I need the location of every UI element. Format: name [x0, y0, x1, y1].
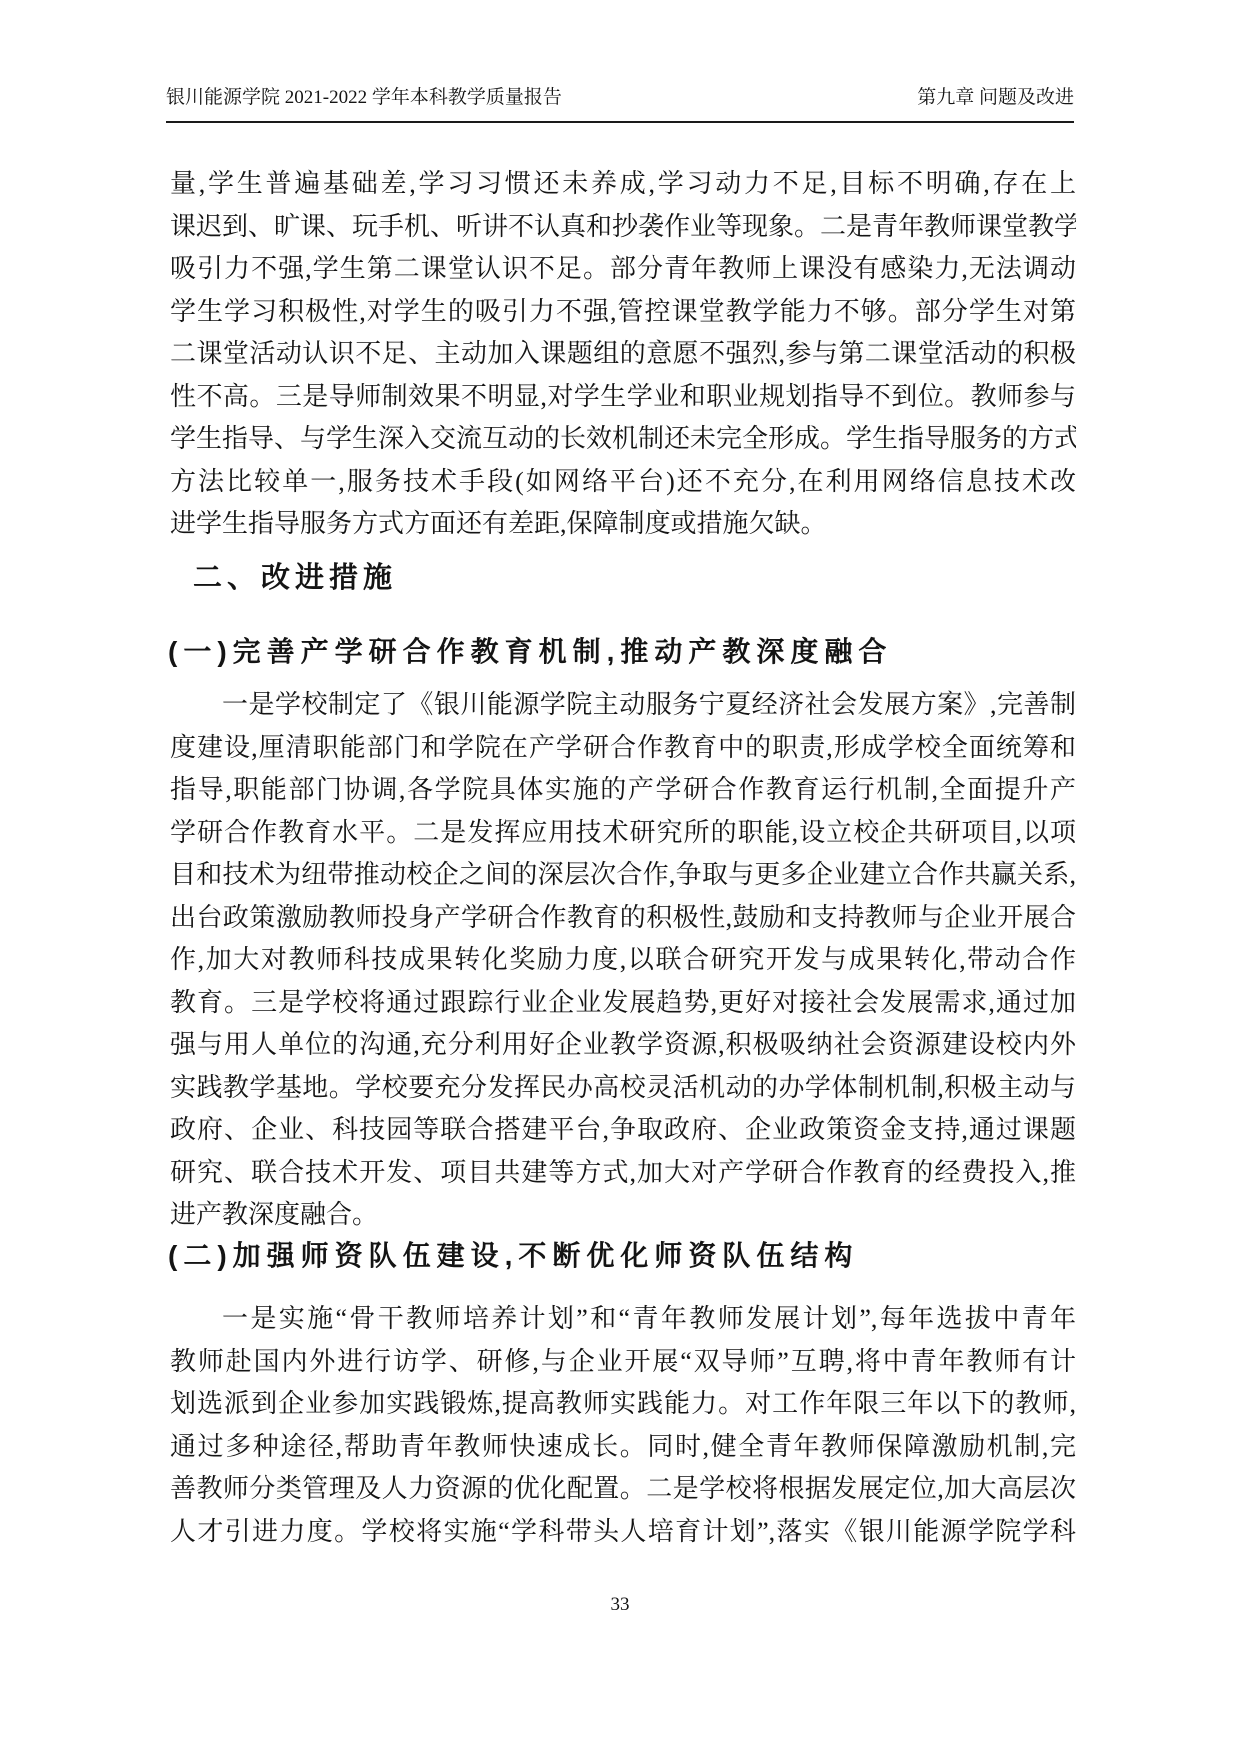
text-line: 善教师分类管理及人力资源的优化配置。二是学校将根据发展定位,加大高层次 — [170, 1468, 1076, 1511]
text-line: 划选派到企业参加实践锻炼,提高教师实践能力。对工作年限三年以下的教师, — [170, 1383, 1076, 1426]
text-line: 一是学校制定了《银川能源学院主动服务宁夏经济社会发展方案》,完善制 — [170, 684, 1076, 727]
page-footer: 33 — [0, 1594, 1240, 1616]
text-line: 度建设,厘清职能部门和学院在产学研合作教育中的职责,形成学校全面统筹和 — [170, 727, 1076, 770]
text-line: 通过多种途径,帮助青年教师快速成长。同时,健全青年教师保障激励机制,完 — [170, 1426, 1076, 1469]
subsection-2-heading: (二)加强师资队伍建设,不断优化师资队伍结构 — [168, 1234, 1088, 1278]
text-line: 出台政策激励教师投身产学研合作教育的积极性,鼓励和支持教师与企业开展合 — [170, 897, 1076, 940]
page-number: 33 — [611, 1594, 630, 1615]
text-line: 一是实施“骨干教师培养计划”和“青年教师发展计划”,每年选拔中青年 — [170, 1298, 1076, 1341]
text-line: 指导,职能部门协调,各学院具体实施的产学研合作教育运行机制,全面提升产 — [170, 769, 1076, 812]
text-line: 教师赴国内外进行访学、研修,与企业开展“双导师”互聘,将中青年教师有计 — [170, 1341, 1076, 1384]
text-line: 政府、企业、科技园等联合搭建平台,争取政府、企业政策资金支持,通过课题 — [170, 1109, 1076, 1152]
text-line: 研究、联合技术开发、项目共建等方式,加大对产学研合作教育的经费投入,推 — [170, 1152, 1076, 1195]
text-line: 实践教学基地。学校要充分发挥民办高校灵活机动的办学体制机制,积极主动与 — [170, 1067, 1076, 1110]
header-report-title: 银川能源学院 2021-2022 学年本科教学质量报告 — [166, 84, 562, 112]
text-line: 进学生指导服务方式方面还有差距,保障制度或措施欠缺。 — [170, 503, 1076, 546]
text-line: 进产教深度融合。 — [170, 1194, 1076, 1237]
text-line: 性不高。三是导师制效果不明显,对学生学业和职业规划指导不到位。教师参与 — [170, 376, 1076, 419]
text-line: 人才引进力度。学校将实施“学科带头人培育计划”,落实《银川能源学院学科 — [170, 1511, 1076, 1554]
document-page: 银川能源学院 2021-2022 学年本科教学质量报告 第九章 问题及改进 量,… — [0, 0, 1240, 1753]
text-line: 学生指导、与学生深入交流互动的长效机制还未完全形成。学生指导服务的方式 — [170, 418, 1076, 461]
section-heading-improvement-measures: 二、改进措施 — [170, 556, 1099, 600]
text-line: 强与用人单位的沟通,充分利用好企业教学资源,积极吸纳社会资源建设校内外 — [170, 1024, 1076, 1067]
subsection-1-paragraph: 一是学校制定了《银川能源学院主动服务宁夏经济社会发展方案》,完善制度建设,厘清职… — [170, 684, 1076, 1237]
text-line: 学生学习积极性,对学生的吸引力不强,管控课堂教学能力不够。部分学生对第 — [170, 291, 1076, 334]
subsection-1-heading: (一)完善产学研合作教育机制,推动产教深度融合 — [168, 630, 1088, 674]
text-line: 学研合作教育水平。二是发挥应用技术研究所的职能,设立校企共研项目,以项 — [170, 812, 1076, 855]
text-line: 目和技术为纽带推动校企之间的深层次合作,争取与更多企业建立合作共赢关系, — [170, 854, 1076, 897]
text-line: 作,加大对教师科技成果转化奖励力度,以联合研究开发与成果转化,带动合作 — [170, 939, 1076, 982]
intro-paragraph: 量,学生普遍基础差,学习习惯还未养成,学习动力不足,目标不明确,存在上课迟到、旷… — [170, 163, 1076, 546]
header-chapter-title: 第九章 问题及改进 — [917, 84, 1074, 112]
page-header: 银川能源学院 2021-2022 学年本科教学质量报告 第九章 问题及改进 — [166, 84, 1074, 123]
text-line: 方法比较单一,服务技术手段(如网络平台)还不充分,在利用网络信息技术改 — [170, 461, 1076, 504]
text-line: 二课堂活动认识不足、主动加入课题组的意愿不强烈,参与第二课堂活动的积极 — [170, 333, 1076, 376]
subsection-2-paragraph: 一是实施“骨干教师培养计划”和“青年教师发展计划”,每年选拔中青年教师赴国内外进… — [170, 1298, 1076, 1553]
text-line: 量,学生普遍基础差,学习习惯还未养成,学习动力不足,目标不明确,存在上 — [170, 163, 1076, 206]
text-line: 教育。三是学校将通过跟踪行业企业发展趋势,更好对接社会发展需求,通过加 — [170, 982, 1076, 1025]
text-line: 课迟到、旷课、玩手机、听讲不认真和抄袭作业等现象。二是青年教师课堂教学 — [170, 206, 1076, 249]
text-line: 吸引力不强,学生第二课堂认识不足。部分青年教师上课没有感染力,无法调动 — [170, 248, 1076, 291]
